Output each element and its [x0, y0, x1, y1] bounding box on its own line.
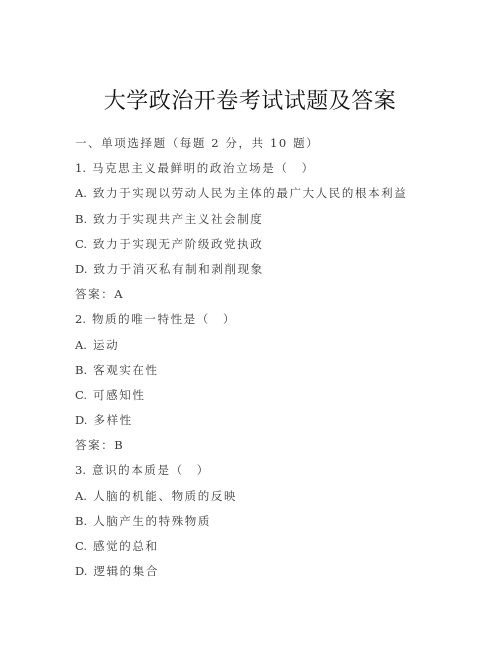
option-a: A.人脑的机能、物质的反映 — [75, 488, 475, 513]
option-label: A. — [75, 338, 87, 352]
document-title: 大学政治开卷考试试题及答案 — [0, 84, 500, 115]
option-c: C.致力于实现无产阶级政党执政 — [75, 236, 475, 261]
option-label: D. — [75, 413, 87, 427]
option-text: 人脑的机能、物质的反映 — [93, 489, 237, 503]
option-text: 致力于实现以劳动人民为主体的最广大人民的根本利益 — [93, 186, 407, 200]
option-label: B. — [75, 212, 87, 226]
option-text: 感觉的总和 — [93, 539, 159, 553]
option-label: C. — [75, 388, 87, 402]
option-d: D.逻辑的集合 — [75, 563, 475, 588]
answer: 答案：A — [75, 286, 475, 311]
answer: 答案：B — [75, 437, 475, 462]
option-b: B.人脑产生的特殊物质 — [75, 513, 475, 538]
option-text: 致力于消灭私有制和剥削现象 — [93, 262, 263, 276]
option-text: 多样性 — [93, 413, 132, 427]
option-b: B.客观实在性 — [75, 362, 475, 387]
option-label: B. — [75, 514, 87, 528]
option-label: C. — [75, 539, 87, 553]
option-label: A. — [75, 186, 87, 200]
option-label: A. — [75, 489, 87, 503]
option-text: 运动 — [93, 338, 119, 352]
option-text: 人脑产生的特殊物质 — [93, 514, 211, 528]
question-text: 物质的唯一特性是（ ） — [92, 312, 236, 326]
option-a: A.致力于实现以劳动人民为主体的最广大人民的根本利益 — [75, 185, 475, 210]
question-text: 意识的本质是（ ） — [92, 463, 210, 477]
option-b: B.致力于实现共产主义社会制度 — [75, 211, 475, 236]
option-text: 致力于实现共产主义社会制度 — [93, 212, 263, 226]
option-d: D.多样性 — [75, 412, 475, 437]
question-number: 3. — [75, 463, 86, 477]
question-stem: 3.意识的本质是（ ） — [75, 462, 475, 487]
question-text: 马克思主义最鲜明的政治立场是（ ） — [92, 161, 315, 175]
option-label: D. — [75, 564, 87, 578]
question-number: 1. — [75, 161, 86, 175]
option-label: D. — [75, 262, 87, 276]
option-d: D.致力于消灭私有制和剥削现象 — [75, 261, 475, 286]
option-a: A.运动 — [75, 337, 475, 362]
question-number: 2. — [75, 312, 86, 326]
question-stem: 1.马克思主义最鲜明的政治立场是（ ） — [75, 160, 475, 185]
question-list: 一、单项选择题（每题 2 分，共 10 题） 1.马克思主义最鲜明的政治立场是（… — [75, 135, 475, 588]
option-text: 可感知性 — [93, 388, 145, 402]
option-text: 逻辑的集合 — [93, 564, 159, 578]
option-label: C. — [75, 237, 87, 251]
option-c: C.可感知性 — [75, 387, 475, 412]
section-heading: 一、单项选择题（每题 2 分，共 10 题） — [75, 135, 475, 160]
option-text: 客观实在性 — [93, 363, 159, 377]
option-text: 致力于实现无产阶级政党执政 — [93, 237, 263, 251]
option-label: B. — [75, 363, 87, 377]
option-c: C.感觉的总和 — [75, 538, 475, 563]
question-stem: 2.物质的唯一特性是（ ） — [75, 311, 475, 336]
